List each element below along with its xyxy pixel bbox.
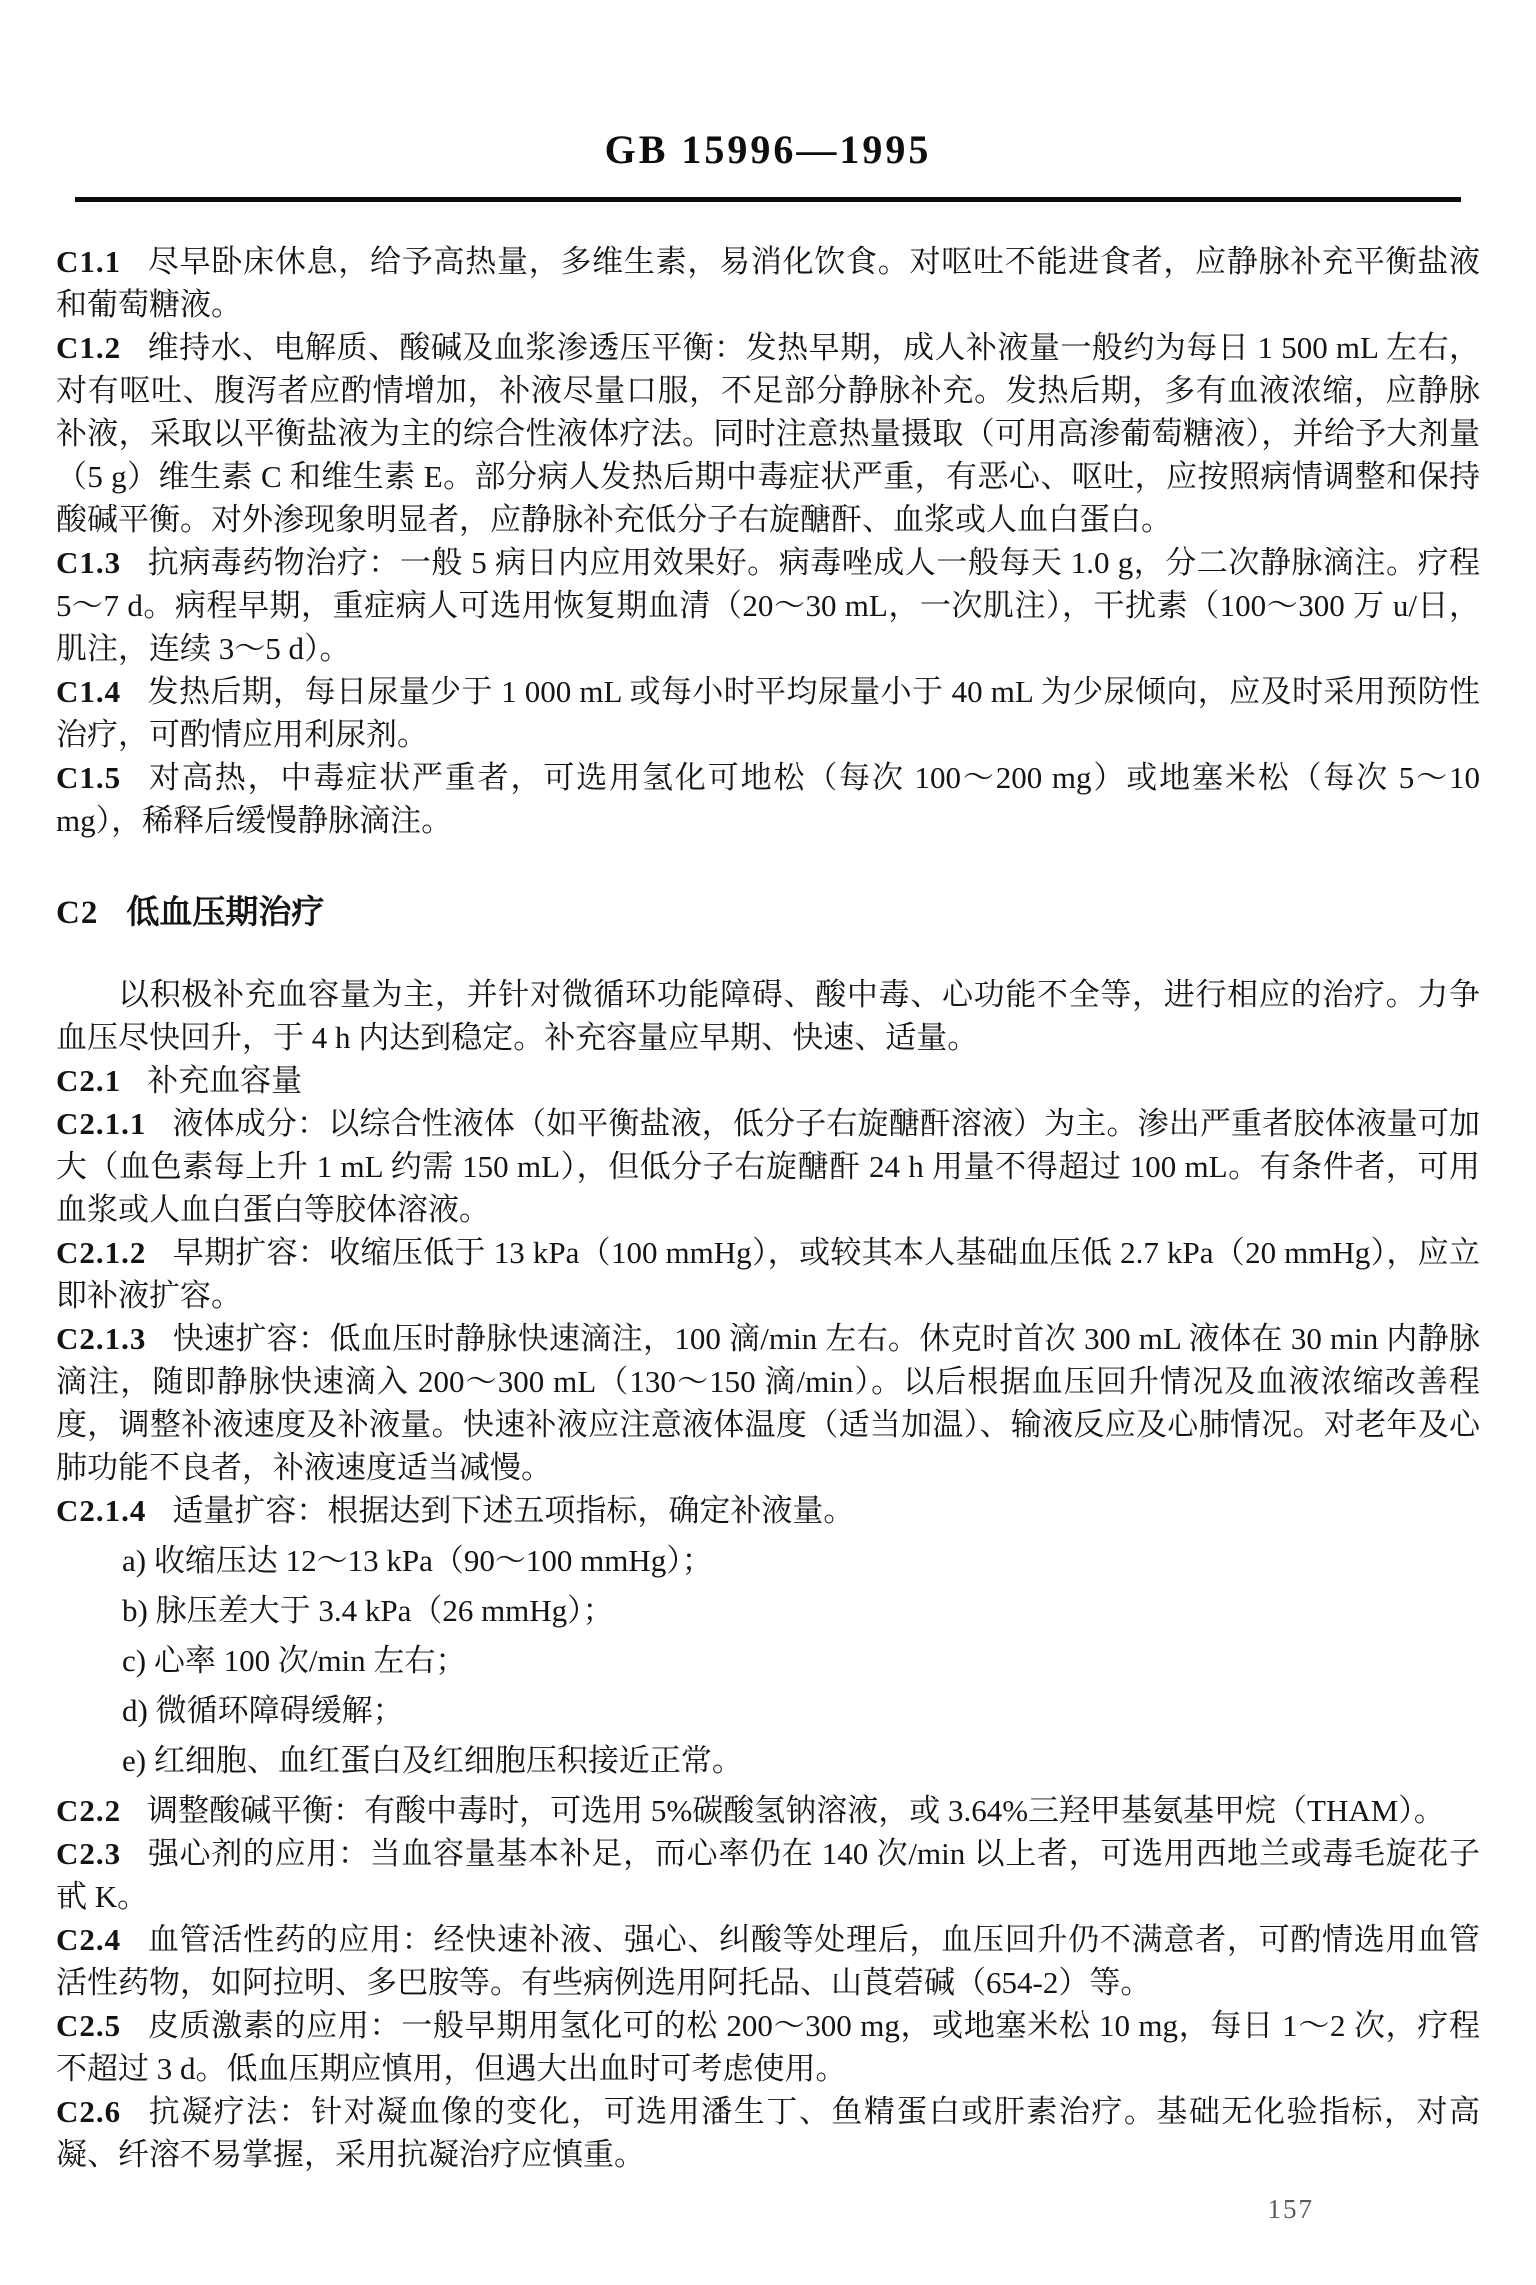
clause-label-c2-1-1: C2.1.1 — [56, 1106, 146, 1141]
clause-label-c2-5: C2.5 — [56, 2008, 121, 2043]
clause-c2-1: C2.1补充血容量 — [56, 1059, 1480, 1102]
clause-text-c1-2: 维持水、电解质、酸碱及血浆渗透压平衡：发热早期，成人补液量一般约为每日 1 50… — [56, 330, 1480, 537]
indicator-item-e: e) 红细胞、血红蛋白及红细胞压积接近正常。 — [122, 1739, 1480, 1782]
clause-c2-1-4: C2.1.4适量扩容：根据达到下述五项指标，确定补液量。 — [56, 1489, 1480, 1532]
clause-c2-1-1: C2.1.1液体成分：以综合性液体（如平衡盐液，低分子右旋醣酐溶液）为主。渗出严… — [56, 1102, 1480, 1231]
clause-label-c1-2: C1.2 — [56, 330, 121, 365]
clause-label-c1-5: C1.5 — [56, 760, 121, 795]
clause-c2-2: C2.2调整酸碱平衡：有酸中毒时，可选用 5%碳酸氢钠溶液，或 3.64%三羟甲… — [56, 1789, 1480, 1832]
clause-c2-1-3: C2.1.3快速扩容：低血压时静脉快速滴注，100 滴/min 左右。休克时首次… — [56, 1317, 1480, 1489]
clause-text-c2-6: 抗凝疗法：针对凝血像的变化，可选用潘生丁、鱼精蛋白或肝素治疗。基础无化验指标，对… — [56, 2094, 1480, 2172]
clause-label-c1-4: C1.4 — [56, 674, 121, 709]
clause-label-c2-1-2: C2.1.2 — [56, 1235, 146, 1270]
clause-label-c2-4: C2.4 — [56, 1922, 121, 1957]
clause-text-c2-1-1: 液体成分：以综合性液体（如平衡盐液，低分子右旋醣酐溶液）为主。渗出严重者胶体液量… — [56, 1106, 1480, 1227]
clause-text-c2-1-4: 适量扩容：根据达到下述五项指标，确定补液量。 — [172, 1493, 854, 1528]
page-header: GB 15996—1995 — [0, 0, 1536, 202]
clause-text-c2-1-3: 快速扩容：低血压时静脉快速滴注，100 滴/min 左右。休克时首次 300 m… — [56, 1321, 1480, 1485]
clause-c2-6: C2.6抗凝疗法：针对凝血像的变化，可选用潘生丁、鱼精蛋白或肝素治疗。基础无化验… — [56, 2090, 1480, 2176]
section-heading-c2: C2低血压期治疗 — [56, 892, 1480, 935]
page-number: 157 — [1268, 2194, 1315, 2225]
clause-label-c1-1: C1.1 — [56, 244, 121, 279]
clause-label-c2-1-4: C2.1.4 — [56, 1493, 146, 1528]
clause-c1-4: C1.4发热后期，每日尿量少于 1 000 mL 或每小时平均尿量小于 40 m… — [56, 670, 1480, 756]
clause-c1-5: C1.5对高热，中毒症状严重者，可选用氢化可地松（每次 100～200 mg）或… — [56, 756, 1480, 842]
clause-text-c2-3: 强心剂的应用：当血容量基本补足，而心率仍在 140 次/min 以上者，可选用西… — [56, 1836, 1480, 1914]
clause-label-c1-3: C1.3 — [56, 545, 121, 580]
indicator-item-a: a) 收缩压达 12～13 kPa（90～100 mmHg）； — [122, 1539, 1480, 1582]
indicator-list: a) 收缩压达 12～13 kPa（90～100 mmHg）； b) 脉压差大于… — [56, 1539, 1480, 1782]
section-label-c2: C2 — [56, 895, 98, 931]
clause-text-c1-5: 对高热，中毒症状严重者，可选用氢化可地松（每次 100～200 mg）或地塞米松… — [56, 760, 1480, 838]
indicator-item-b: b) 脉压差大于 3.4 kPa（26 mmHg）； — [122, 1589, 1480, 1632]
clause-text-c2-1: 补充血容量 — [147, 1063, 302, 1098]
section-title-c2: 低血压期治疗 — [126, 895, 324, 931]
clause-text-c1-4: 发热后期，每日尿量少于 1 000 mL 或每小时平均尿量小于 40 mL 为少… — [56, 674, 1480, 752]
clause-c1-3: C1.3抗病毒药物治疗：一般 5 病日内应用效果好。病毒唑成人一般每天 1.0 … — [56, 541, 1480, 670]
standard-number: GB 15996—1995 — [605, 126, 932, 173]
indicator-item-d: d) 微循环障碍缓解； — [122, 1689, 1480, 1732]
clause-label-c2-6: C2.6 — [56, 2094, 121, 2129]
document-page: GB 15996—1995 C1.1尽早卧床休息，给予高热量，多维生素，易消化饮… — [0, 0, 1536, 2285]
clause-text-c1-3: 抗病毒药物治疗：一般 5 病日内应用效果好。病毒唑成人一般每天 1.0 g，分二… — [56, 545, 1480, 666]
clause-c2-1-2: C2.1.2早期扩容：收缩压低于 13 kPa（100 mmHg），或较其本人基… — [56, 1231, 1480, 1317]
clause-label-c2-1: C2.1 — [56, 1063, 121, 1098]
clause-label-c2-1-3: C2.1.3 — [56, 1321, 146, 1356]
clause-c1-2: C1.2维持水、电解质、酸碱及血浆渗透压平衡：发热早期，成人补液量一般约为每日 … — [56, 326, 1480, 541]
clause-text-c2-4: 血管活性药的应用：经快速补液、强心、纠酸等处理后，血压回升仍不满意者，可酌情选用… — [56, 1922, 1480, 2000]
clause-c2-4: C2.4血管活性药的应用：经快速补液、强心、纠酸等处理后，血压回升仍不满意者，可… — [56, 1918, 1480, 2004]
c2-intro-paragraph: 以积极补充血容量为主，并针对微循环功能障碍、酸中毒、心功能不全等，进行相应的治疗… — [56, 973, 1480, 1059]
document-body: C1.1尽早卧床休息，给予高热量，多维生素，易消化饮食。对呕吐不能进食者，应静脉… — [0, 202, 1536, 2176]
clause-text-c1-1: 尽早卧床休息，给予高热量，多维生素，易消化饮食。对呕吐不能进食者，应静脉补充平衡… — [56, 244, 1480, 322]
clause-c1-1: C1.1尽早卧床休息，给予高热量，多维生素，易消化饮食。对呕吐不能进食者，应静脉… — [56, 240, 1480, 326]
clause-text-c2-2: 调整酸碱平衡：有酸中毒时，可选用 5%碳酸氢钠溶液，或 3.64%三羟甲基氨基甲… — [147, 1793, 1445, 1828]
clause-c2-5: C2.5皮质激素的应用：一般早期用氢化可的松 200～300 mg，或地塞米松 … — [56, 2004, 1480, 2090]
clause-text-c2-1-2: 早期扩容：收缩压低于 13 kPa（100 mmHg），或较其本人基础血压低 2… — [56, 1235, 1480, 1313]
indicator-item-c: c) 心率 100 次/min 左右； — [122, 1639, 1480, 1682]
clause-label-c2-3: C2.3 — [56, 1836, 121, 1871]
clause-text-c2-5: 皮质激素的应用：一般早期用氢化可的松 200～300 mg，或地塞米松 10 m… — [56, 2008, 1480, 2086]
clause-label-c2-2: C2.2 — [56, 1793, 121, 1828]
clause-c2-3: C2.3强心剂的应用：当血容量基本补足，而心率仍在 140 次/min 以上者，… — [56, 1832, 1480, 1918]
